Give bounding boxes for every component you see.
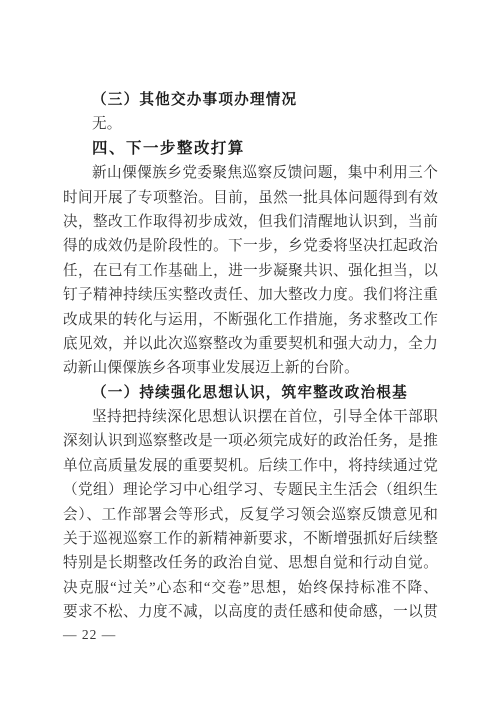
page-number: — 22 — [63,626,116,644]
section-heading-strengthen-awareness: （一）持续强化思想认识，筑牢整改政治根基 [63,381,438,405]
document-body: （三）其他交办事项办理情况 无。 四、下一步整改打算 新山傈僳族乡党委聚焦巡察反… [63,88,438,625]
paragraph-line: 关于巡视巡察工作的新精神新要求，不断增强抓好后续整改 [63,527,438,551]
paragraph-line: 会）、工作部署会等形式，反复学习领会巡察反馈意见和上级 [63,503,438,527]
paragraph-line: 单位高质量发展的重要契机。后续工作中，将持续通过党委 [63,454,438,478]
paragraph-line: 任，在已有工作基础上，进一步凝聚共识、强化担当，以钉 [63,259,438,283]
paragraph-line: （党组）理论学习中心组学习、专题民主生活会（组织生活 [63,478,438,502]
paragraph-line: 决克服“过关”心态和“交卷”思想，始终保持标准不降、 [63,576,438,600]
paragraph-line: 要求不松、力度不减，以高度的责任感和使命感，一以贯之、 [63,600,438,624]
paragraph-line: 坚持把持续深化思想认识摆在首位，引导全体干部职工 [63,405,438,429]
paragraph-line: 动新山傈僳族乡各项事业发展迈上新的台阶。 [63,356,438,380]
paragraph-line: 改成果的转化与运用，不断强化工作措施，务求整改工作见 [63,308,438,332]
paragraph-line: 得的成效仍是阶段性的。下一步，乡党委将坚决扛起政治责 [63,234,438,258]
paragraph-line: 时间开展了专项整治。目前，虽然一批具体问题得到有效解 [63,186,438,210]
section-heading-other-items: （三）其他交办事项办理情况 [63,88,438,112]
paragraph-line: 底见效，并以此次巡察整改为重要契机和强大动力，全力推 [63,332,438,356]
paragraph-line: 特别是长期整改任务的政治自觉、思想自觉和行动自觉。坚 [63,551,438,575]
section-heading-next-steps: 四、下一步整改打算 [63,137,438,161]
paragraph-line: 深刻认识到巡察整改是一项必须完成好的政治任务，是推动 [63,429,438,453]
document-page: （三）其他交办事项办理情况 无。 四、下一步整改打算 新山傈僳族乡党委聚焦巡察反… [0,0,500,707]
paragraph-line: 决，整改工作取得初步成效，但我们清醒地认识到，当前取 [63,210,438,234]
paragraph-line: 新山傈僳族乡党委聚焦巡察反馈问题，集中利用三个月 [63,161,438,185]
body-line-none: 无。 [63,112,438,136]
paragraph-line: 钉子精神持续压实整改责任、加大整改力度。我们将注重整 [63,283,438,307]
